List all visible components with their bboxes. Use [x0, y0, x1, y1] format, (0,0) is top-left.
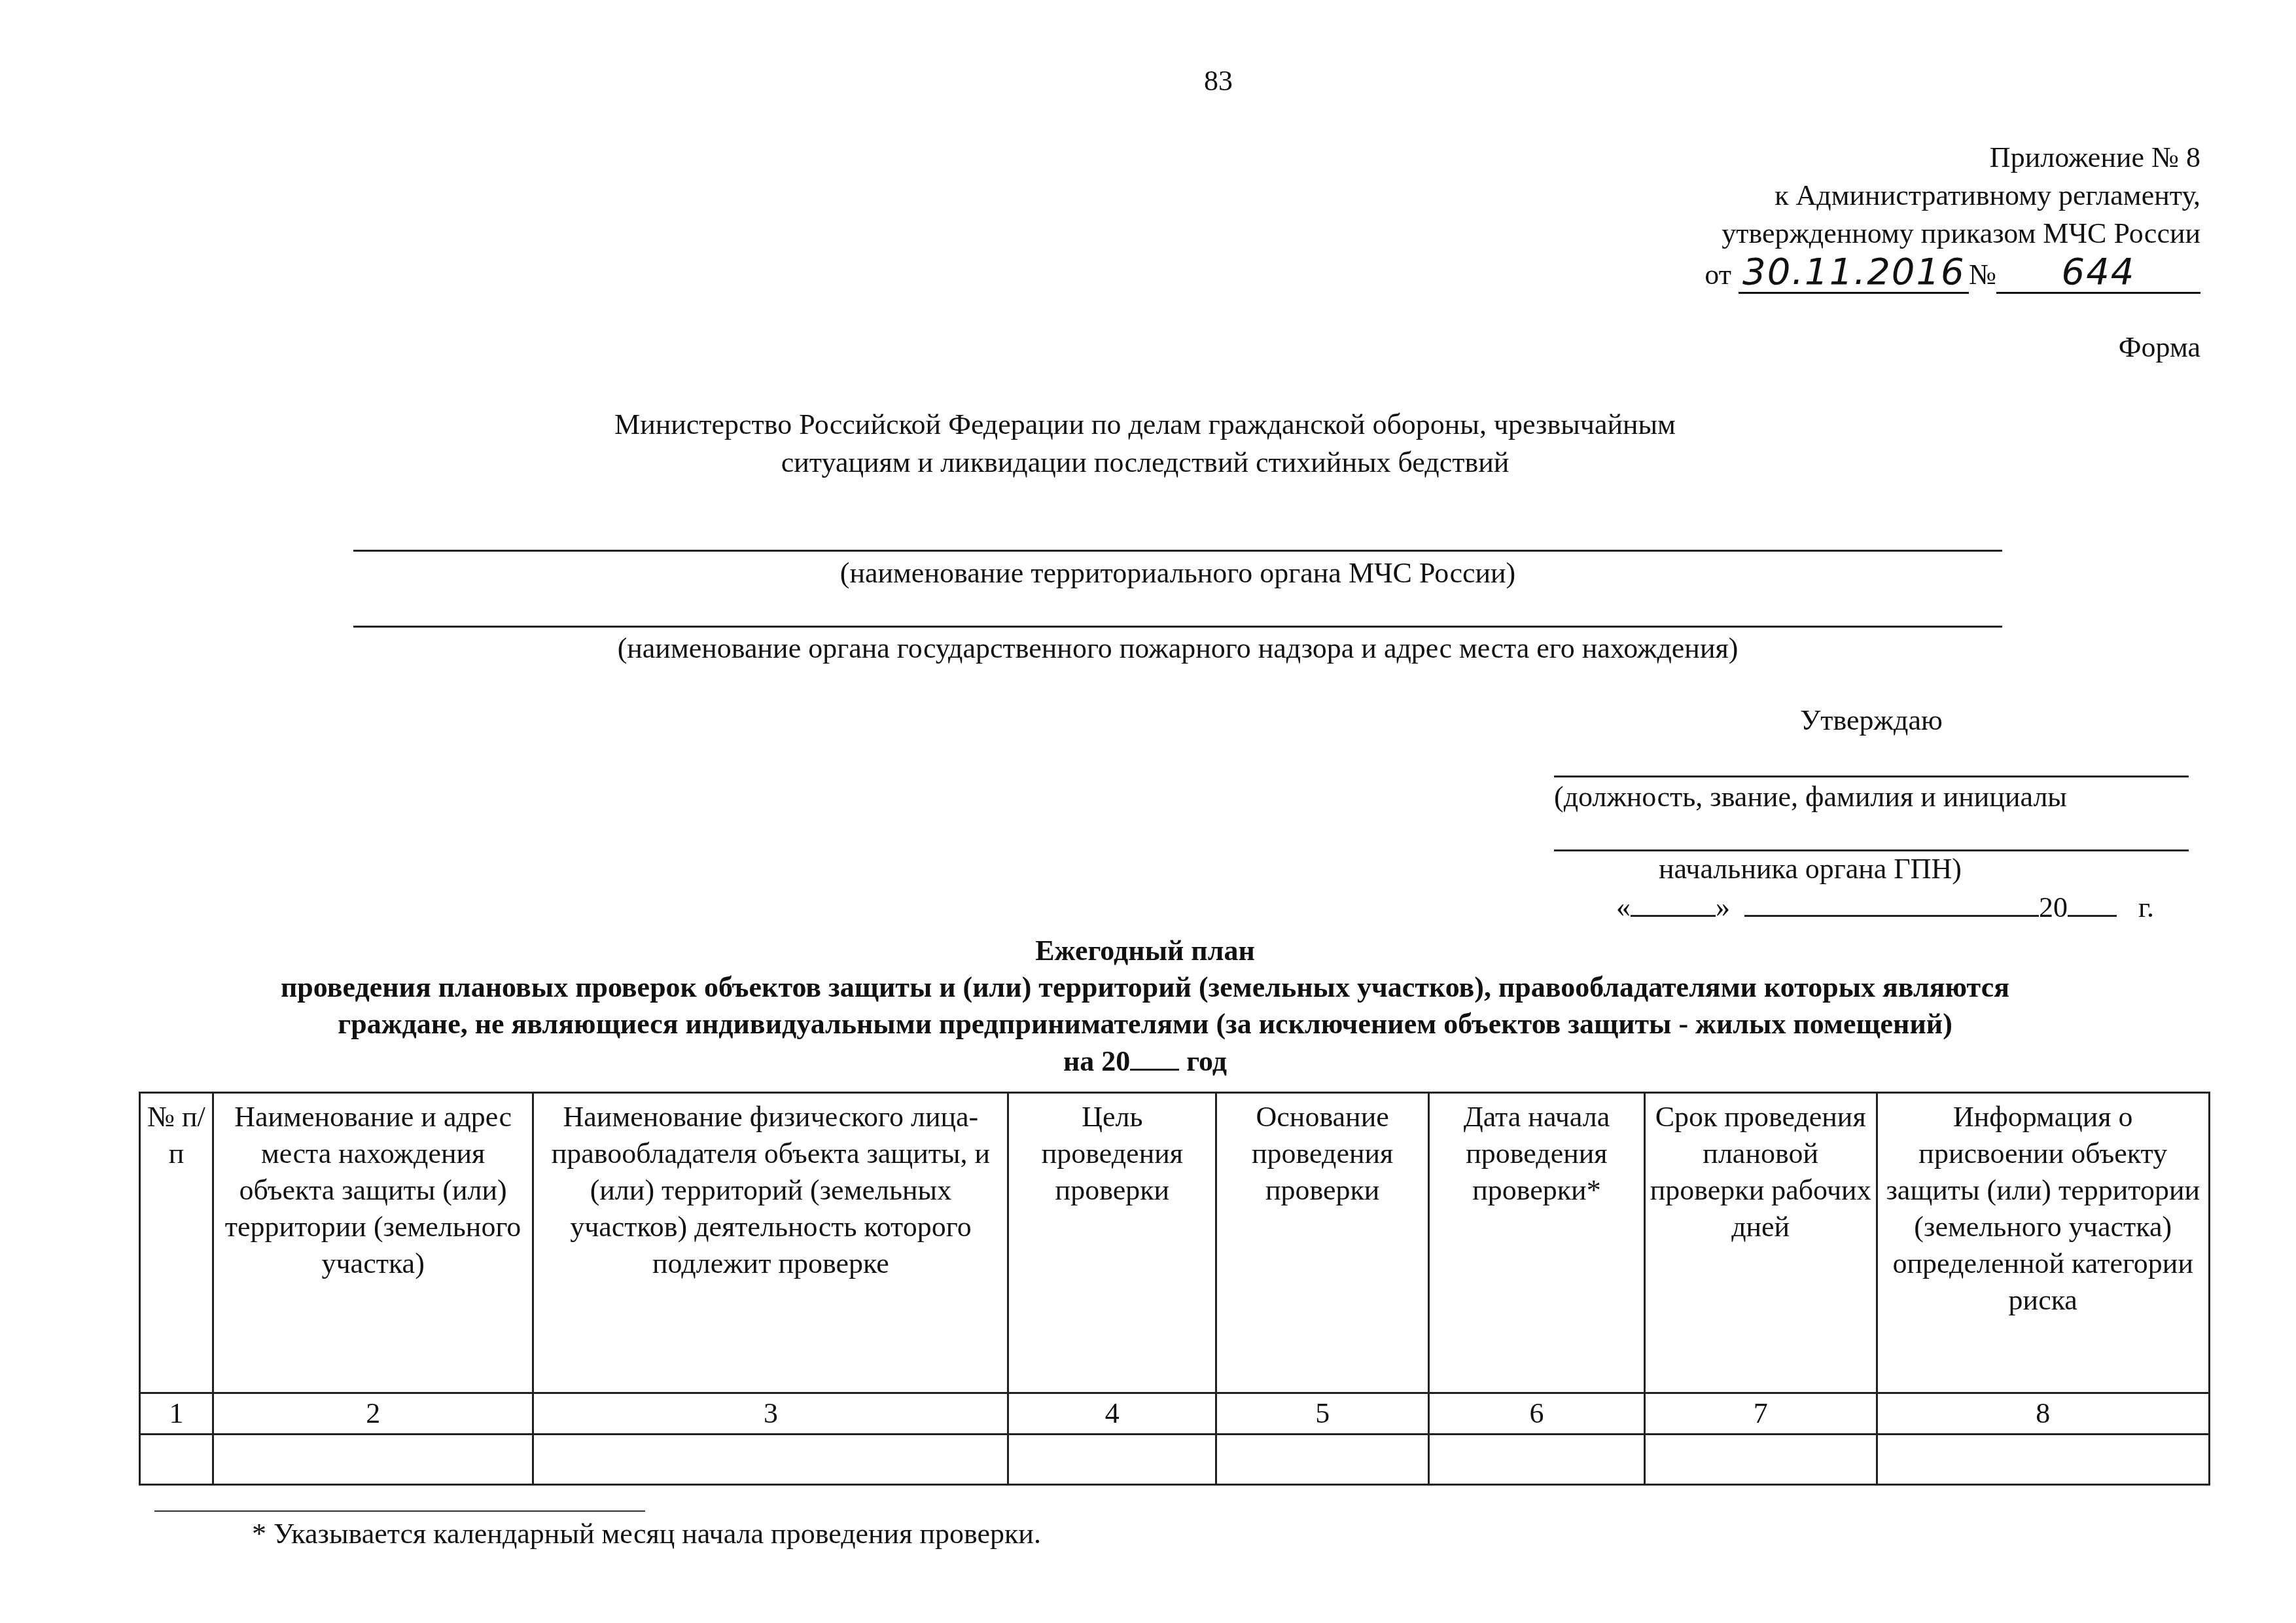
approver-head-caption: начальника органа ГПН)	[1659, 852, 1962, 885]
plan-title-line-2: проведения плановых проверок объектов за…	[98, 969, 2192, 1006]
territorial-body-field[interactable]	[353, 550, 2002, 552]
order-number: 644	[1996, 253, 2200, 294]
table-cell[interactable]	[213, 1435, 533, 1485]
page-number: 83	[1204, 64, 1233, 98]
header-cell-risk-category: Информация о присвоении объекту защиты (…	[1877, 1093, 2210, 1393]
supervision-body-caption: (наименование органа государственного по…	[353, 632, 2002, 665]
plan-year-suffix: год	[1186, 1045, 1227, 1077]
order-reference: от 30.11.2016 № 644	[1612, 253, 2200, 294]
territorial-body-caption: (наименование территориального органа МЧ…	[353, 556, 2002, 590]
table-cell[interactable]	[1644, 1435, 1877, 1485]
approval-year-prefix: 20	[2039, 891, 2068, 924]
supervision-body-field[interactable]	[353, 626, 2002, 628]
column-number: 2	[213, 1393, 533, 1435]
table-header-row: № п/п Наименование и адрес места нахожде…	[140, 1093, 2210, 1393]
appendix-block: Приложение № 8 к Административному регла…	[1612, 139, 2200, 294]
appendix-regulation: к Административному регламенту,	[1612, 177, 2200, 215]
approver-position-caption: (должность, звание, фамилия и инициалы	[1554, 780, 2067, 813]
order-date: 30.11.2016	[1739, 253, 1969, 294]
approver-position-field[interactable]	[1554, 776, 2189, 777]
header-cell-object-address: Наименование и адрес места нахождения об…	[213, 1093, 533, 1393]
column-number: 1	[140, 1393, 213, 1435]
column-number-row: 1 2 3 4 5 6 7 8	[140, 1393, 2210, 1435]
appendix-title: Приложение № 8	[1612, 139, 2200, 177]
table-cell[interactable]	[1877, 1435, 2210, 1485]
plan-year-prefix: на 20	[1063, 1045, 1130, 1077]
approval-year-field[interactable]	[2068, 889, 2117, 917]
day-quote-close: »	[1716, 891, 1730, 924]
header-cell-start-date: Дата начала проведения проверки*	[1429, 1093, 1645, 1393]
header-cell-number: № п/п	[140, 1093, 213, 1393]
form-label: Форма	[2119, 330, 2200, 364]
footnote: * Указывается календарный месяц начала п…	[252, 1517, 1041, 1550]
day-quote-open: «	[1616, 891, 1631, 924]
ministry-name: Министерство Российской Федерации по дел…	[393, 406, 1898, 482]
table-cell[interactable]	[1429, 1435, 1645, 1485]
approval-year-suffix: г.	[2138, 891, 2154, 924]
approval-month-field[interactable]	[1744, 889, 2039, 917]
header-cell-purpose: Цель проведения проверки	[1008, 1093, 1216, 1393]
ministry-line-1: Министерство Российской Федерации по дел…	[393, 406, 1898, 444]
plan-title-heading: Ежегодный план	[98, 933, 2192, 969]
column-number: 8	[1877, 1393, 2210, 1435]
approver-name-field[interactable]	[1554, 849, 2189, 851]
plan-year-field[interactable]	[1130, 1043, 1179, 1071]
footnote-divider	[154, 1510, 645, 1512]
header-cell-owner-name: Наименование физического лица-правооблад…	[533, 1093, 1008, 1393]
inspection-plan-table: № п/п Наименование и адрес места нахожде…	[139, 1092, 2210, 1486]
table-cell[interactable]	[1008, 1435, 1216, 1485]
table-row	[140, 1435, 2210, 1485]
table-cell[interactable]	[140, 1435, 213, 1485]
column-number: 3	[533, 1393, 1008, 1435]
column-number: 6	[1429, 1393, 1645, 1435]
plan-title-line-3: граждане, не являющиеся индивидуальными …	[98, 1006, 2192, 1043]
header-cell-duration: Срок проведения плановой проверки рабочи…	[1644, 1093, 1877, 1393]
appendix-approved-by: утвержденному приказом МЧС России	[1612, 215, 2200, 253]
plan-year-line: на 20 год	[98, 1043, 2192, 1080]
table-cell[interactable]	[533, 1435, 1008, 1485]
plan-title: Ежегодный план проведения плановых прове…	[98, 933, 2192, 1080]
table-cell[interactable]	[1216, 1435, 1429, 1485]
header-cell-basis: Основание проведения проверки	[1216, 1093, 1429, 1393]
order-from-label: от	[1704, 256, 1731, 294]
column-number: 5	[1216, 1393, 1429, 1435]
column-number: 4	[1008, 1393, 1216, 1435]
approval-day-field[interactable]	[1631, 889, 1716, 917]
approval-date: « » 20 г.	[1616, 889, 2154, 924]
order-number-sign: №	[1969, 256, 1996, 294]
approval-label: Утверждаю	[1551, 704, 2192, 737]
column-number: 7	[1644, 1393, 1877, 1435]
ministry-line-2: ситуациям и ликвидации последствий стихи…	[393, 444, 1898, 482]
